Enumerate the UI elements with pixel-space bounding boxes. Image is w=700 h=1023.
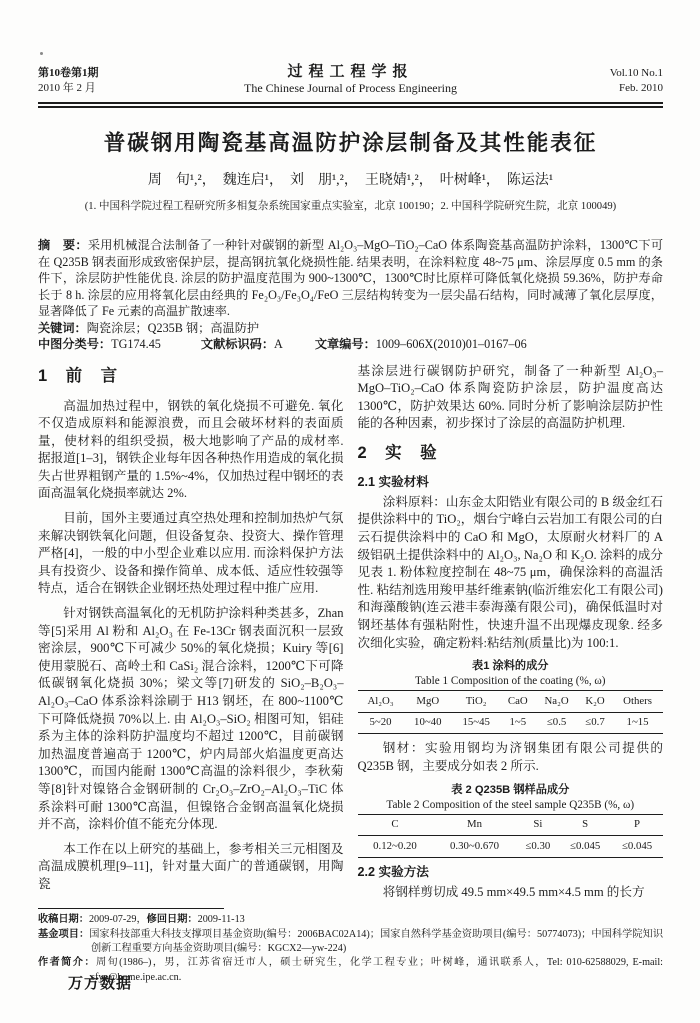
volume-en: Vol.10 No.1 (543, 66, 663, 81)
table-2-data-cell: 0.30~0.670 (432, 836, 516, 858)
section-1-heading: 1 前 言 (38, 363, 344, 389)
wanfang-data-watermark: 万方数据 (68, 972, 132, 993)
section-1-paragraph-3: 针对钢铁高温氧化的无机防护涂料种类甚多，Zhan 等[5]采用 Al 粉和 Al… (38, 605, 344, 834)
table-2-caption-en: Table 2 Composition of the steel sample … (358, 798, 664, 813)
journal-title-block: 过程工程学报 The Chinese Journal of Process En… (158, 64, 543, 96)
table-1-data-cell: 1~5 (500, 712, 535, 734)
table-1-data-cell: 15~45 (452, 712, 500, 734)
table-2-data-row: 0.12~0.20 0.30~0.670 ≤0.30 ≤0.045 ≤0.045 (358, 836, 664, 858)
table-1-header-cell: Others (612, 691, 663, 713)
clc-label: 中图分类号： (38, 337, 111, 351)
table-1-data-cell: 5~20 (358, 712, 404, 734)
section-2-heading: 2 实 验 (358, 440, 664, 466)
revised-label: 修回日期： (147, 914, 198, 925)
section-1-paragraph-2: 目前，国外主要通过真空热处理和控制加热炉气氛来解决钢铁氧化问题，但设备复杂、投资… (38, 510, 344, 598)
table-1-header-cell: Na₂O (535, 691, 578, 713)
table-2-data-cell: ≤0.045 (611, 836, 663, 858)
table-1-header-cell: K₂O (578, 691, 612, 713)
author-list: 周 旬¹,²， 魏连启¹， 刘 朋¹,²， 王晓婧¹,²， 叶树峰¹， 陈运法¹ (38, 172, 663, 190)
issue-date-en: Feb. 2010 (543, 81, 663, 96)
section-1-paragraph-1: 高温加热过程中，钢铁的氧化烧损不可避免. 氧化不仅造成原料和能源浪费，而且会破坏… (38, 398, 344, 504)
left-column: 1 前 言 高温加热过程中，钢铁的氧化烧损不可避免. 氧化不仅造成原料和能源浪费… (38, 363, 344, 902)
author-bio-value: 周旬(1986–)，男，江苏省宿迁市人，硕士研究生，化学工程专业；叶树峰，通讯联… (91, 957, 663, 982)
table-2-header-cell: P (611, 814, 663, 836)
table-1-header-cell: TiO₂ (452, 691, 500, 713)
section-2-2-paragraph-1: 将钢样剪切成 49.5 mm×49.5 mm×4.5 mm 的长方 (358, 884, 664, 902)
table-1-data-cell: ≤0.7 (578, 712, 612, 734)
table-1-data-cell: 10~40 (404, 712, 452, 734)
table-2-header-row: C Mn Si S P (358, 814, 664, 836)
table-2-data-cell: 0.12~0.20 (358, 836, 433, 858)
author-bio-label: 作者简介： (38, 957, 96, 968)
table-1-caption-cn: 表1 涂料的成分 (358, 659, 664, 674)
affiliation-line: (1. 中国科学院过程工程研究所多相复杂系统国家重点实验室，北京 100190；… (38, 200, 663, 214)
journal-volume-block: Vol.10 No.1 Feb. 2010 (543, 66, 663, 96)
table-2-data-cell: ≤0.045 (559, 836, 611, 858)
footnote-divider (38, 908, 224, 909)
received-value: 2009-07-29， (89, 914, 147, 925)
table-1-data-cell: 1~15 (612, 712, 663, 734)
table-1-header-cell: MgO (404, 691, 452, 713)
section-2-2-heading: 2.2 实验方法 (358, 864, 664, 881)
table-2-header-cell: C (358, 814, 433, 836)
table-2-caption-cn: 表 2 Q235B 钢样品成分 (358, 783, 664, 798)
journal-header: 第10卷第1期 2010 年 2 月 过程工程学报 The Chinese Jo… (38, 64, 663, 96)
section-1-continuation: 基涂层进行碳钢防护研究，制备了一种新型 Al₂O₃–MgO–TiO₂–CaO 体… (358, 363, 664, 433)
section-2-1-paragraph-1: 涂料原料：山东金太阳锆业有限公司的 B 级金红石提供涂料中的 TiO₂，烟台宁峰… (358, 494, 664, 652)
table-1-header-row: Al₂O₃ MgO TiO₂ CaO Na₂O K₂O Others (358, 691, 664, 713)
doc-code-value: A (274, 337, 283, 351)
body-columns: 1 前 言 高温加热过程中，钢铁的氧化烧损不可避免. 氧化不仅造成原料和能源浪费… (38, 363, 663, 902)
table-2-steel-composition: C Mn Si S P 0.12~0.20 0.30~0.670 ≤0.30 ≤ (358, 814, 664, 858)
table-2-header-cell: Si (517, 814, 560, 836)
journal-title-cn: 过程工程学报 (158, 64, 543, 81)
table-2-header-cell: S (559, 814, 611, 836)
journal-title-en: The Chinese Journal of Process Engineeri… (158, 81, 543, 96)
header-double-rule (38, 102, 663, 108)
article-id-label: 文章编号： (315, 337, 376, 351)
issue-date-cn: 2010 年 2 月 (38, 81, 158, 96)
table-1-caption-en: Table 1 Composition of the coating (%, ω… (358, 674, 664, 689)
journal-issue-block: 第10卷第1期 2010 年 2 月 (38, 66, 158, 96)
right-column: 基涂层进行碳钢防护研究，制备了一种新型 Al₂O₃–MgO–TiO₂–CaO 体… (358, 363, 664, 902)
table-2-data-cell: ≤0.30 (517, 836, 560, 858)
keywords-text: 陶瓷涂层；Q235B 钢；高温防护 (87, 321, 259, 335)
abstract-text: 采用机械混合法制备了一种针对碳钢的新型 Al₂O₃–MgO–TiO₂–CaO 体… (38, 238, 663, 318)
funding-label: 基金项目： (38, 929, 89, 940)
keywords-label: 关键词： (38, 321, 87, 335)
revised-value: 2009-11-13 (198, 914, 245, 925)
table-1-data-row: 5~20 10~40 15~45 1~5 ≤0.5 ≤0.7 1~15 (358, 712, 664, 734)
table-2-header-cell: Mn (432, 814, 516, 836)
classification-line: 中图分类号：TG174.45文献标识码：A文章编号：1009–606X(2010… (38, 336, 663, 353)
scanned-paper-page: 第10卷第1期 2010 年 2 月 过程工程学报 The Chinese Jo… (0, 0, 700, 1023)
funding-line: 基金项目：国家科技部重大科技支撑项目基金资助(编号：2006BAC02A14)；… (38, 928, 663, 957)
table-1-coating-composition: Al₂O₃ MgO TiO₂ CaO Na₂O K₂O Others 5~20 (358, 690, 664, 734)
table-1-data-cell: ≤0.5 (535, 712, 578, 734)
abstract-paragraph: 摘 要：采用机械混合法制备了一种针对碳钢的新型 Al₂O₃–MgO–TiO₂–C… (38, 237, 663, 320)
page-content: 第10卷第1期 2010 年 2 月 过程工程学报 The Chinese Jo… (38, 0, 663, 985)
clc-value: TG174.45 (111, 337, 161, 351)
section-2-1-paragraph-2: 钢材：实验用钢均为济钢集团有限公司提供的 Q235B 钢，主要成分如表 2 所示… (358, 740, 664, 775)
section-1-paragraph-4: 本工作在以上研究的基础上，参考相关三元相图及高温成膜机理[9–11]，针对量大面… (38, 841, 344, 894)
received-label: 收稿日期： (38, 914, 89, 925)
table-1-header-cell: Al₂O₃ (358, 691, 404, 713)
table-1-header-cell: CaO (500, 691, 535, 713)
article-id-value: 1009–606X(2010)01–0167–06 (376, 337, 527, 351)
keywords-line: 关键词：陶瓷涂层；Q235B 钢；高温防护 (38, 320, 663, 337)
doc-code-label: 文献标识码： (201, 337, 274, 351)
section-2-1-heading: 2.1 实验材料 (358, 474, 664, 491)
article-title: 普碳钢用陶瓷基高温防护涂层制备及其性能表征 (38, 129, 663, 157)
abstract-label: 摘 要： (38, 238, 88, 252)
received-date-line: 收稿日期：2009-07-29，修回日期：2009-11-13 (38, 913, 663, 927)
funding-value: 国家科技部重大科技支撑项目基金资助(编号：2006BAC02A14)；国家自然科… (89, 929, 663, 954)
issue-number-cn: 第10卷第1期 (38, 66, 158, 81)
